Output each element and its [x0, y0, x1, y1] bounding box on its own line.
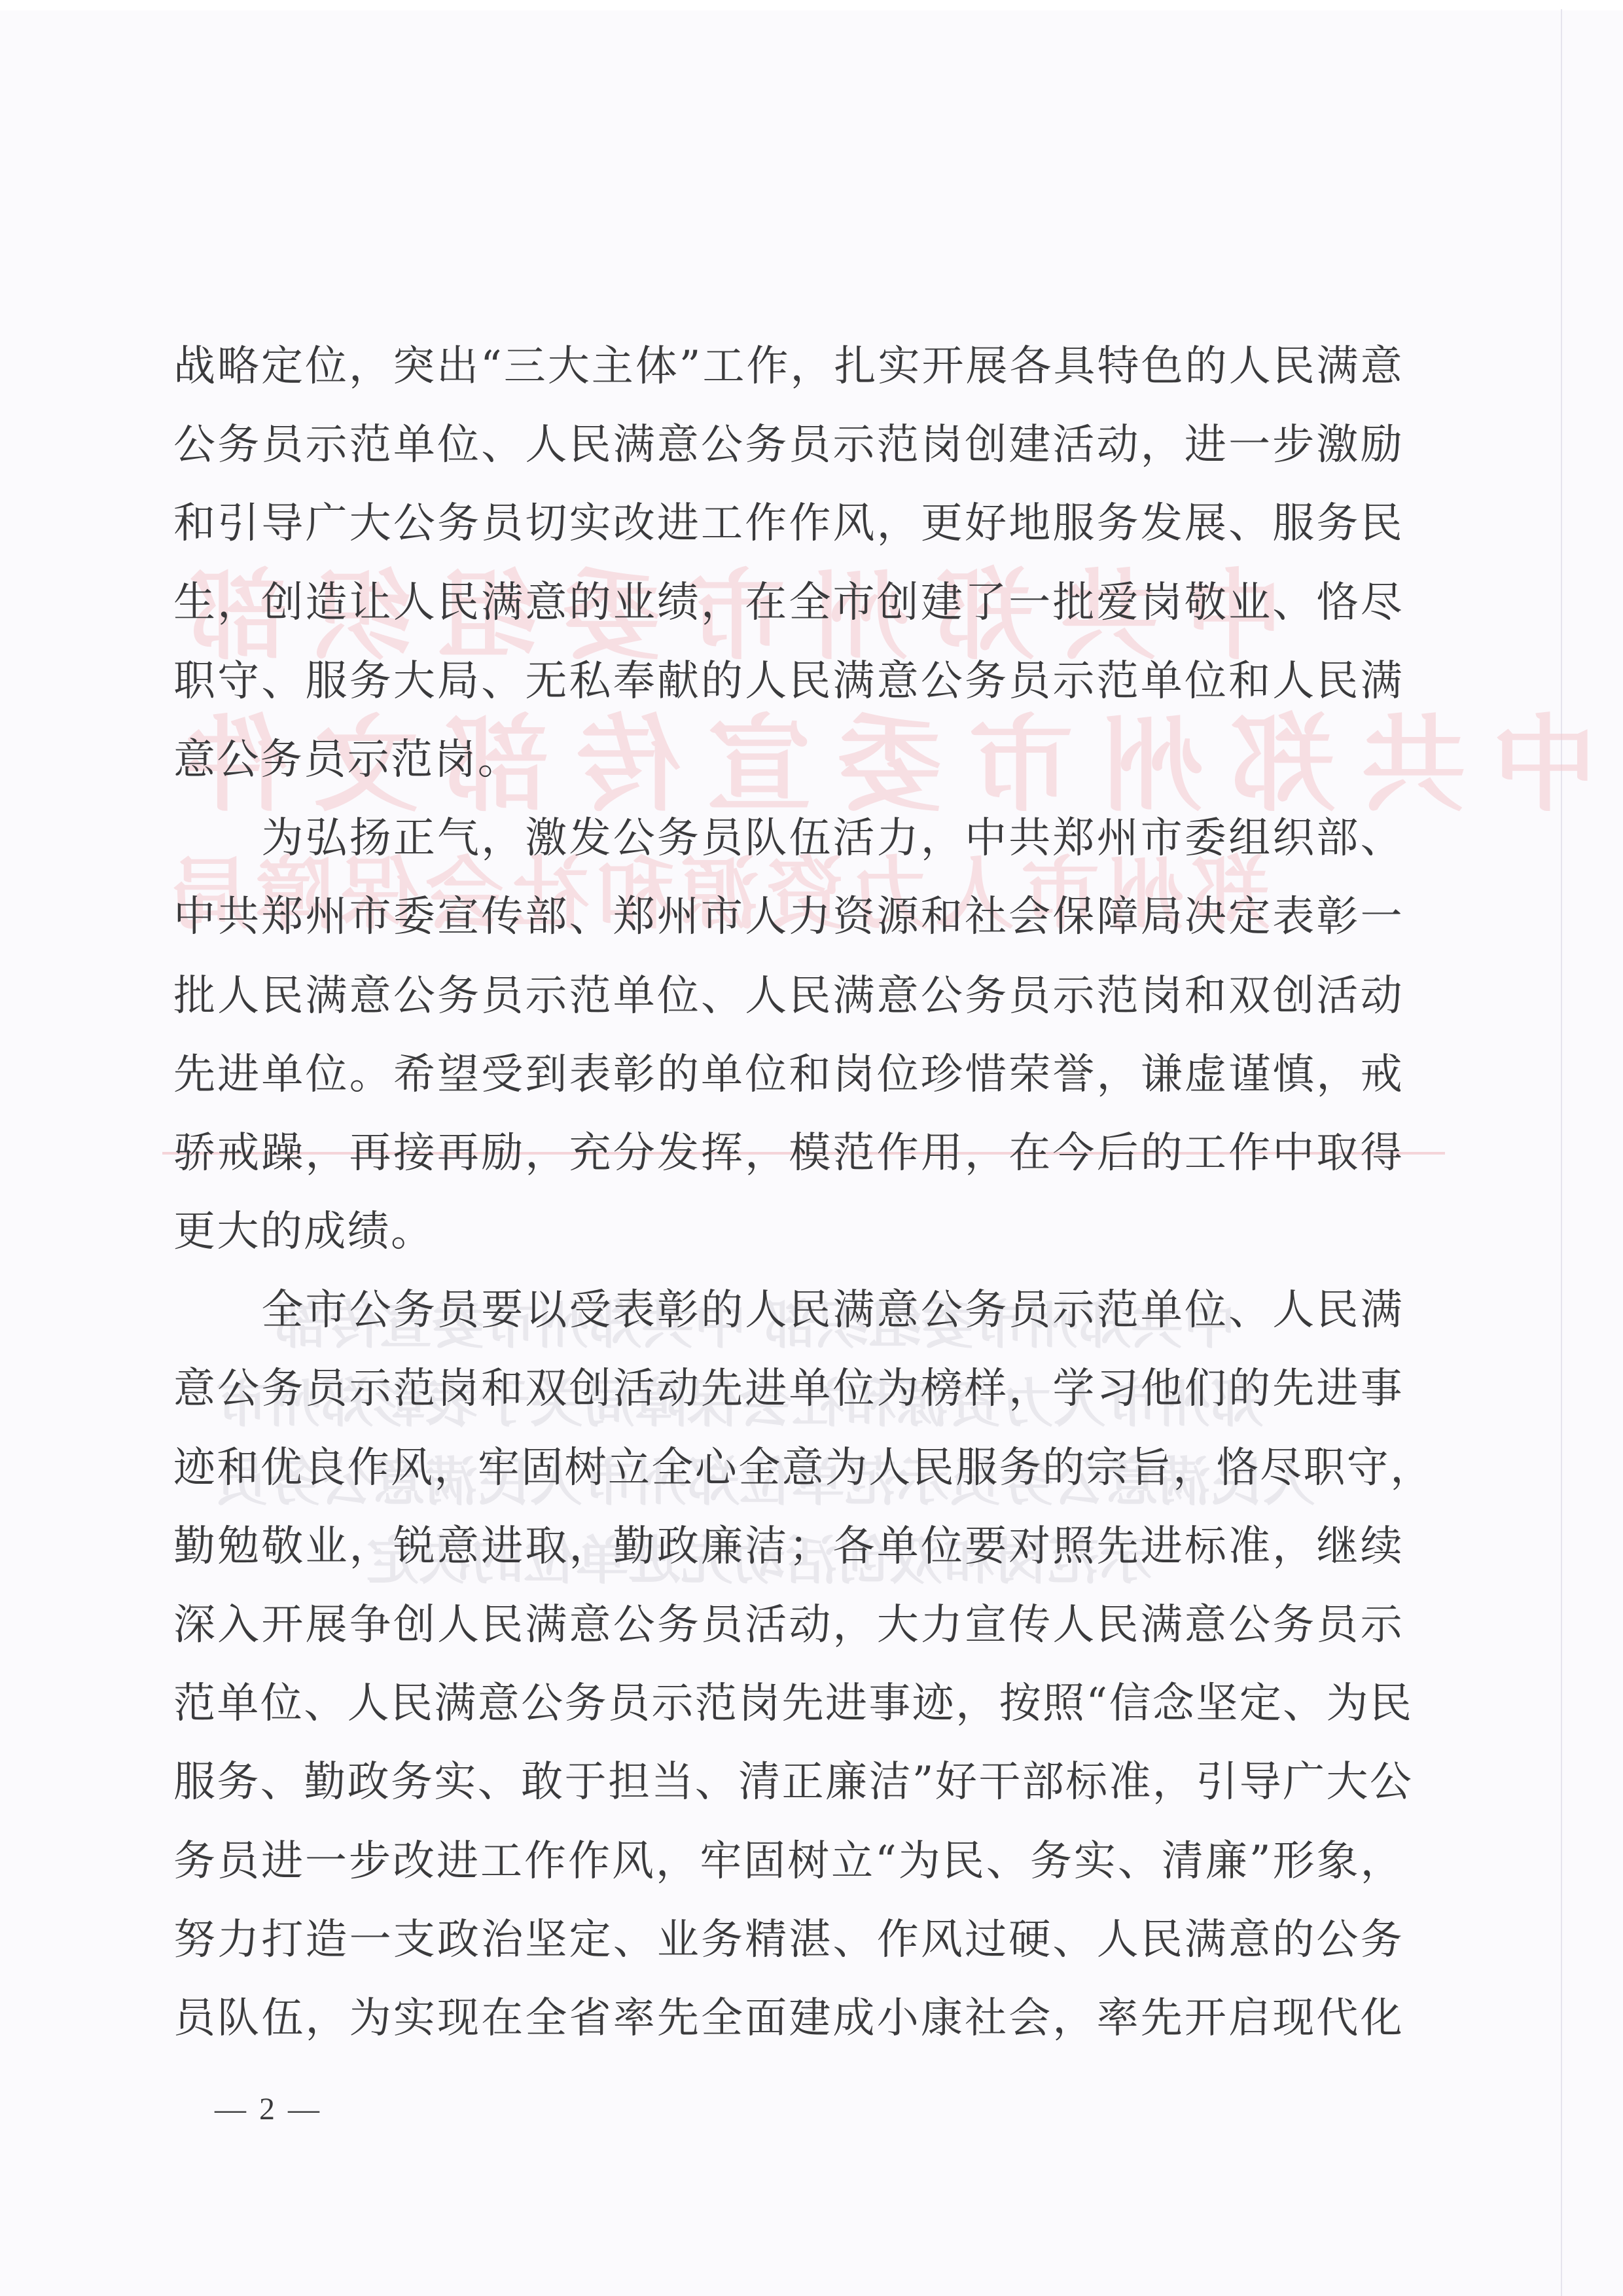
text-line: 意公务员示范岗。	[173, 721, 1404, 799]
text-line: 先进单位。希望受到表彰的单位和岗位珍惜荣誉，谦虚谨慎，戒	[173, 1035, 1404, 1114]
paragraph-3: 全市公务员要以受表彰的人民满意公务员示范单位、人民满 意公务员示范岗和双创活动先…	[173, 1271, 1404, 2058]
page-number: — 2 —	[215, 2091, 322, 2127]
paragraph-1: 战略定位，突出“三大主体”工作，扎实开展各具特色的人民满意 公务员示范单位、人民…	[173, 327, 1404, 799]
text-line: 服务、勤政务实、敢于担当、清正廉洁”好干部标准，引导广大公	[173, 1743, 1404, 1821]
paragraph-2: 为弘扬正气，激发公务员队伍活力，中共郑州市委组织部、 中共郑州市委宣传部、郑州市…	[173, 799, 1404, 1271]
text-line: 批人民满意公务员示范单位、人民满意公务员示范岗和双创活动	[173, 957, 1404, 1035]
text-line: 务员进一步改进工作作风，牢固树立“为民、务实、清廉”形象，	[173, 1822, 1404, 1901]
text-line: 全市公务员要以受表彰的人民满意公务员示范单位、人民满	[173, 1271, 1404, 1350]
text-line: 意公务员示范岗和双创活动先进单位为榜样，学习他们的先进事	[173, 1350, 1404, 1428]
text-line: 范单位、人民满意公务员示范岗先进事迹，按照“信念坚定、为民	[173, 1664, 1404, 1743]
text-line: 战略定位，突出“三大主体”工作，扎实开展各具特色的人民满意	[173, 327, 1404, 406]
document-body: 战略定位，突出“三大主体”工作，扎实开展各具特色的人民满意 公务员示范单位、人民…	[173, 327, 1404, 2058]
text-line: 职守、服务大局、无私奉献的人民满意公务员示范单位和人民满	[173, 642, 1404, 721]
text-line: 中共郑州市委宣传部、郑州市人力资源和社会保障局决定表彰一	[173, 878, 1404, 956]
text-line: 为弘扬正气，激发公务员队伍活力，中共郑州市委组织部、	[173, 799, 1404, 878]
text-line: 努力打造一支政治坚定、业务精湛、作风过硬、人民满意的公务	[173, 1901, 1404, 1979]
text-line: 和引导广大公务员切实改进工作作风，更好地服务发展、服务民	[173, 484, 1404, 563]
text-line: 骄戒躁，再接再励，充分发挥，模范作用，在今后的工作中取得	[173, 1114, 1404, 1193]
text-line: 生，创造让人民满意的业绩，在全市创建了一批爱岗敬业、恪尽	[173, 564, 1404, 642]
text-line: 更大的成绩。	[173, 1193, 1404, 1271]
text-line: 员队伍，为实现在全省率先全面建成小康社会，率先开启现代化	[173, 1979, 1404, 2058]
paper-fold-line	[1561, 9, 1562, 2296]
text-line: 迹和优良作风，牢固树立全心全意为人民服务的宗旨，恪尽职守，	[173, 1429, 1404, 1507]
scan-edge	[0, 0, 1623, 10]
text-line: 深入开展争创人民满意公务员活动，大力宣传人民满意公务员示	[173, 1586, 1404, 1664]
text-line: 勤勉敬业，锐意进取，勤政廉洁；各单位要对照先进标准，继续	[173, 1507, 1404, 1586]
text-line: 公务员示范单位、人民满意公务员示范岗创建活动，进一步激励	[173, 406, 1404, 484]
